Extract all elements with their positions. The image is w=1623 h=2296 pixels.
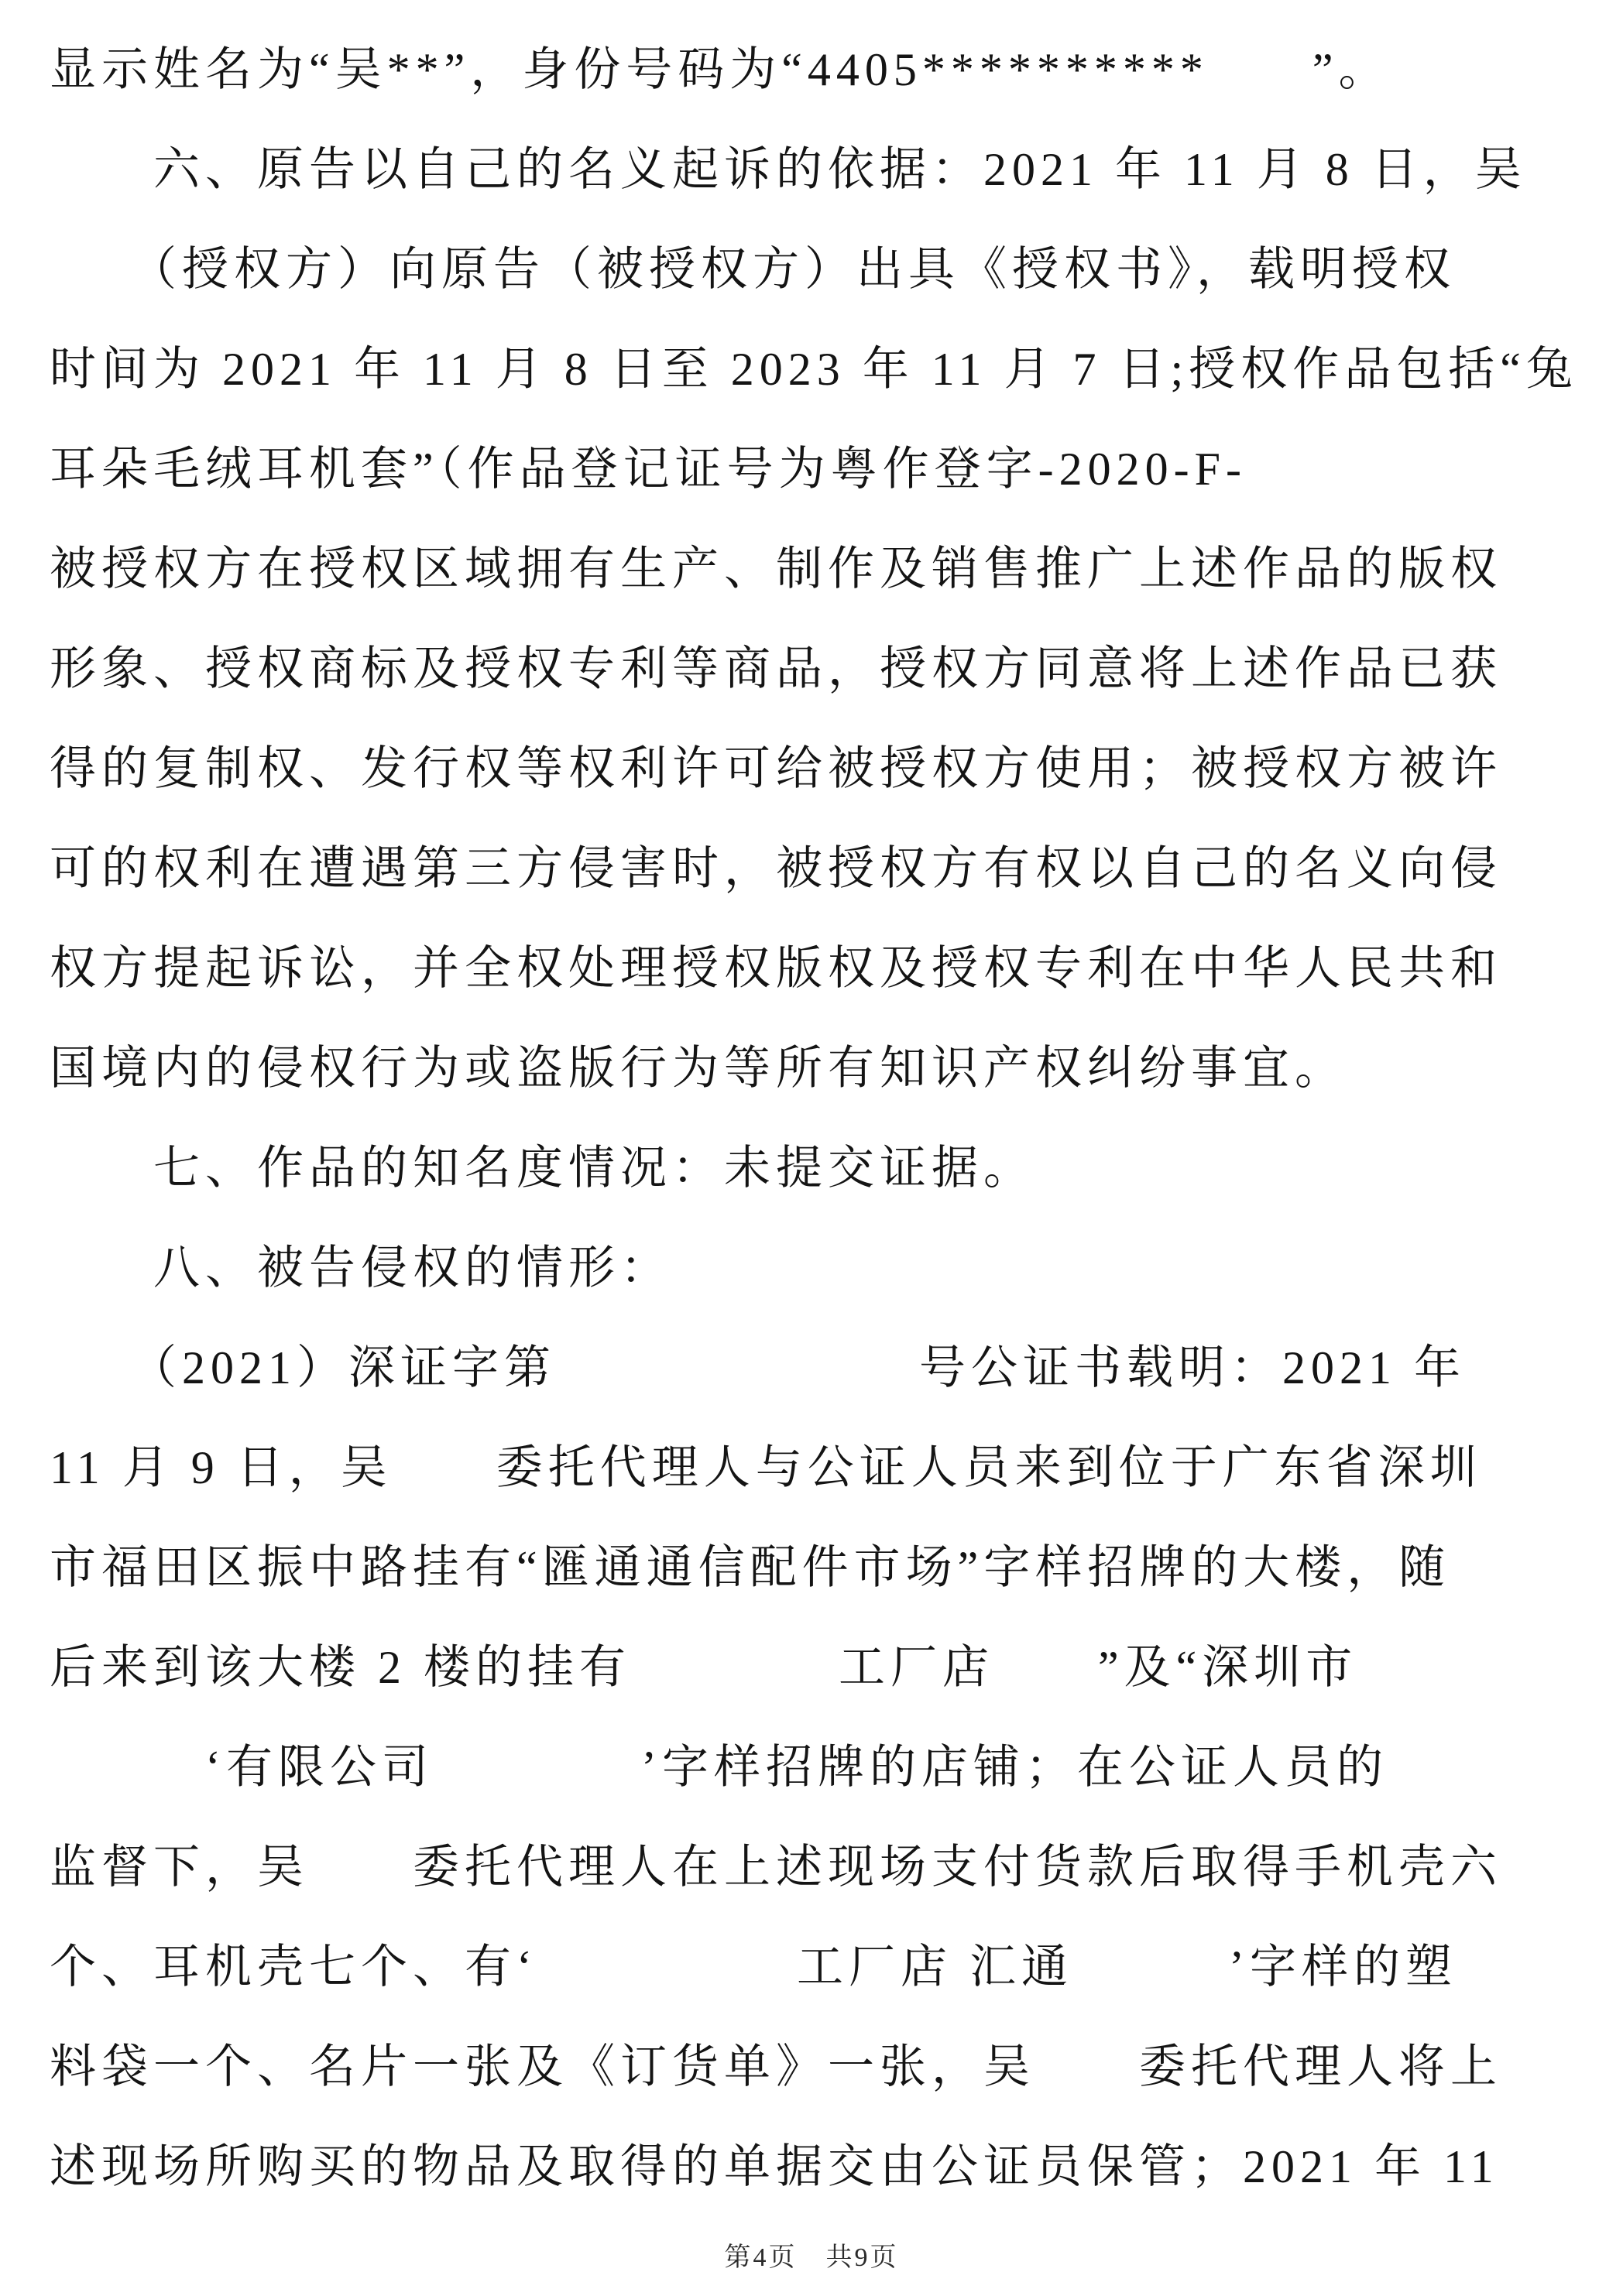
document-line: 可的权利在遭遇第三方侵害时，被授权方有权以自己的名义向侵 [50, 819, 1587, 919]
document-line: 显示姓名为“吴**”，身份号码为“4405********** ”。 [50, 20, 1587, 120]
document-line: 市福田区振中路挂有“匯通通信配件市场”字样招牌的大楼，随 [50, 1518, 1587, 1618]
document-line: 料袋一个、名片一张及《订货单》一张，吴 委托代理人将上 [50, 2017, 1587, 2117]
document-line: 后来到该大楼 2 楼的挂有 工厂店 ”及“深圳市 [50, 1618, 1587, 1718]
document-line: 个、耳机壳七个、有‘ 工厂店 汇通 ’字样的塑 [50, 1917, 1587, 2017]
document-line: 被授权方在授权区域拥有生产、制作及销售推广上述作品的版权 [50, 519, 1587, 619]
document-line: 耳朵毛绒耳机套”（作品登记证号为粤作登字-2020-F- [50, 420, 1587, 519]
document-line: 权方提起诉讼，并全权处理授权版权及授权专利在中华人民共和 [50, 919, 1587, 1019]
document-line: （授权方）向原告（被授权方）出具《授权书》，载明授权 [50, 220, 1587, 320]
page-number-footer: 第4页 共9页 [0, 2236, 1623, 2274]
document-line: 11 月 9 日，吴 委托代理人与公证人员来到位于广东省深圳 [50, 1418, 1587, 1518]
document-line: ‘有限公司 ’字样招牌的店铺；在公证人员的 [50, 1718, 1587, 1818]
document-line: 形象、授权商标及授权专利等商品，授权方同意将上述作品已获 [50, 619, 1587, 719]
document-page: 显示姓名为“吴**”，身份号码为“4405********** ”。 六、原告以… [0, 0, 1623, 2296]
document-line: 时间为 2021 年 11 月 8 日至 2023 年 11 月 7 日;授权作… [50, 320, 1587, 420]
document-line: 七、作品的知名度情况：未提交证据。 [50, 1119, 1587, 1218]
document-line: 监督下，吴 委托代理人在上述现场支付货款后取得手机壳六 [50, 1818, 1587, 1917]
document-line: 六、原告以自己的名义起诉的依据：2021 年 11 月 8 日，吴 [50, 120, 1587, 220]
document-line: 国境内的侵权行为或盗版行为等所有知识产权纠纷事宜。 [50, 1019, 1587, 1119]
document-line: （2021）深证字第 号公证书载明：2021 年 [50, 1318, 1587, 1418]
document-body: 显示姓名为“吴**”，身份号码为“4405********** ”。 六、原告以… [50, 20, 1587, 2217]
document-line: 得的复制权、发行权等权利许可给被授权方使用；被授权方被许 [50, 719, 1587, 819]
document-line: 述现场所购买的物品及取得的单据交由公证员保管；2021 年 11 [50, 2117, 1587, 2217]
document-line: 八、被告侵权的情形： [50, 1218, 1587, 1318]
